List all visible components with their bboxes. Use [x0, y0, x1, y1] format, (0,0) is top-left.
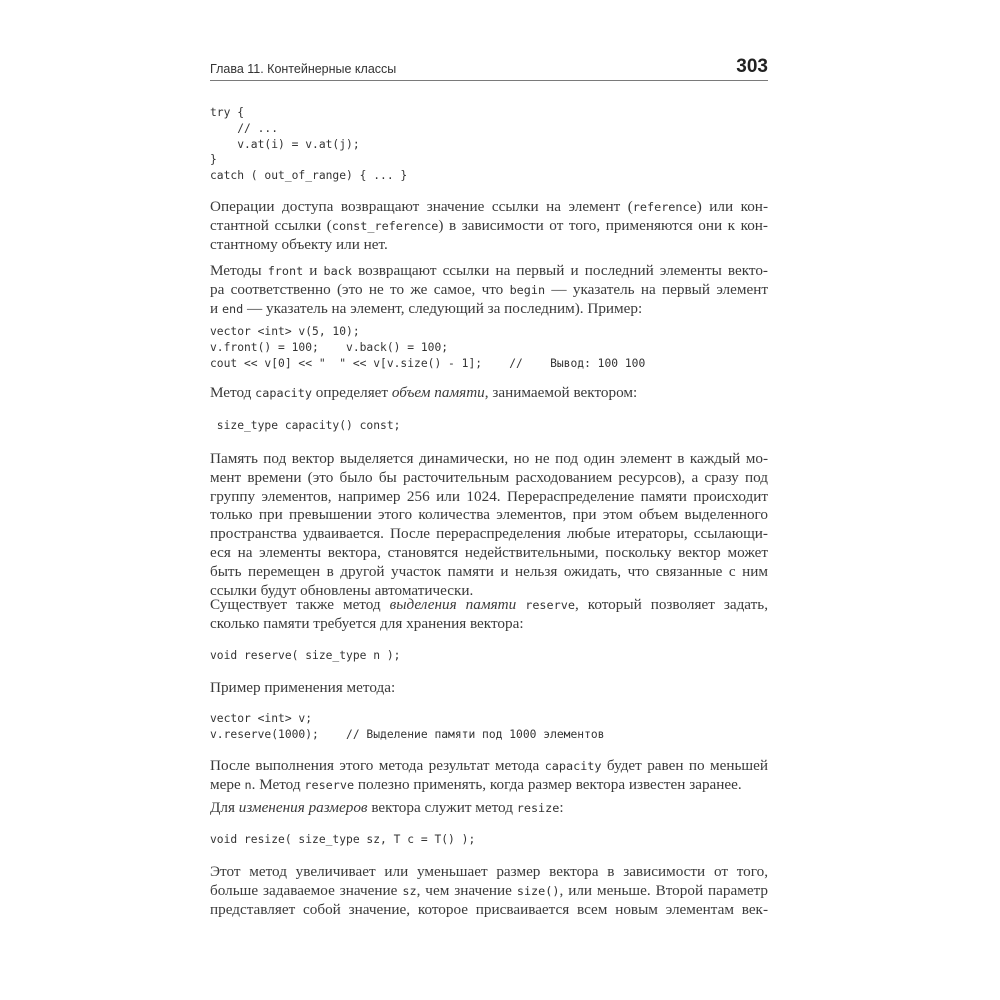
code-inline: back — [324, 264, 352, 278]
text: ра соответственно (это не то же самое, ч… — [210, 281, 510, 298]
text: Для — [210, 799, 239, 816]
text: ) или кон- — [697, 198, 768, 215]
text: — указатель на элемент, следующий за пос… — [243, 300, 642, 317]
code-inline: front — [268, 264, 304, 278]
code-reserve-signature: void reserve( size_type n ); — [210, 648, 400, 664]
paragraph-capacity: Метод capacity определяет объем памяти, … — [210, 384, 768, 403]
text: Существует также метод — [210, 596, 390, 613]
text: полезно применять, когда размер вектора … — [354, 776, 742, 793]
code-inline: sz — [402, 884, 416, 898]
page-number: 303 — [736, 56, 768, 78]
text: , чем значение — [417, 882, 517, 899]
code-inline: capacity — [255, 386, 312, 400]
code-inline: reserve — [304, 778, 354, 792]
code-inline: begin — [510, 283, 546, 297]
text: мере — [210, 776, 244, 793]
paragraph-example-usage: Пример применения метода: — [210, 679, 768, 698]
text: Этот метод увеличивает или уменьшает раз… — [210, 863, 768, 882]
paragraph-resize-description: Этот метод увеличивает или уменьшает раз… — [210, 863, 768, 919]
text: только при превышении этого количества э… — [210, 506, 768, 525]
text: определяет — [312, 384, 392, 401]
text: группу элементов, например 256 или 1024.… — [210, 488, 768, 507]
emphasis: объем памяти — [392, 384, 485, 401]
paragraph-access-operations: Операции доступа возвращают значение ссы… — [210, 198, 768, 254]
paragraph-memory-allocation: Память под вектор выделяется динамически… — [210, 450, 768, 600]
text: представляет собой значение, которое при… — [210, 901, 768, 920]
text: сколько памяти требуется для хранения ве… — [210, 615, 768, 634]
code-inline: size() — [517, 884, 560, 898]
code-inline: capacity — [545, 759, 602, 773]
emphasis: изменения размеров — [239, 799, 368, 816]
code-inline: reference — [633, 200, 697, 214]
text: Метод — [210, 384, 255, 401]
emphasis: выделения памяти — [390, 596, 517, 613]
paragraph-resize-intro: Для изменения размеров вектора служит ме… — [210, 799, 768, 818]
text: Пример применения метода: — [210, 679, 768, 698]
text: , занимаемой вектором: — [485, 384, 637, 401]
code-inline: n — [244, 778, 251, 792]
text: будет равен по меньшей — [602, 757, 768, 774]
text: стантному объекту или нет. — [210, 236, 768, 255]
text: и — [210, 300, 222, 317]
text: Методы — [210, 262, 268, 279]
text: стантной ссылки ( — [210, 217, 332, 234]
running-header: Глава 11. Контейнерные классы 303 — [210, 56, 768, 81]
paragraph-reserve: Существует также метод выделения памяти … — [210, 596, 768, 634]
paragraph-after-reserve: После выполнения этого метода результат … — [210, 757, 768, 795]
code-try-catch: try { // ... v.at(i) = v.at(j); } catch … — [210, 105, 407, 184]
text: . Метод — [252, 776, 305, 793]
text: и — [303, 262, 323, 279]
text: — указатель на первый элемент — [545, 281, 768, 298]
text: пространства удваивается. После перерасп… — [210, 525, 768, 544]
code-inline: const_reference — [332, 219, 439, 233]
text: : — [559, 799, 563, 816]
code-inline: end — [222, 302, 243, 316]
paragraph-front-back: Методы front и back возвращают ссылки на… — [210, 262, 768, 318]
text: быть перемещен в другой участок памяти и… — [210, 563, 768, 582]
text: мент времени (это было бы расточительным… — [210, 469, 768, 488]
text: ) в зависимости от того, применяются они… — [438, 217, 768, 234]
code-inline: resize — [517, 801, 560, 815]
text: Операции доступа возвращают значение ссы… — [210, 198, 633, 215]
text — [516, 596, 525, 613]
text: больше задаваемое значение — [210, 882, 402, 899]
text: После выполнения этого метода результат … — [210, 757, 545, 774]
code-inline: reserve — [525, 598, 575, 612]
text: , или меньше. Второй параметр — [559, 882, 768, 899]
code-reserve-example: vector <int> v; v.reserve(1000); // Выде… — [210, 711, 604, 743]
text: еся на элементы вектора, становятся неде… — [210, 544, 768, 563]
text: возвращают ссылки на первый и последний … — [352, 262, 768, 279]
text: вектора служит метод — [368, 799, 517, 816]
text: , который позволяет задать, — [575, 596, 768, 613]
code-resize-signature: void resize( size_type sz, T c = T() ); — [210, 832, 475, 848]
chapter-title: Глава 11. Контейнерные классы — [210, 62, 396, 76]
code-capacity-signature: size_type capacity() const; — [210, 418, 400, 434]
text: Память под вектор выделяется динамически… — [210, 450, 768, 469]
code-front-back-example: vector <int> v(5, 10); v.front() = 100; … — [210, 324, 645, 371]
